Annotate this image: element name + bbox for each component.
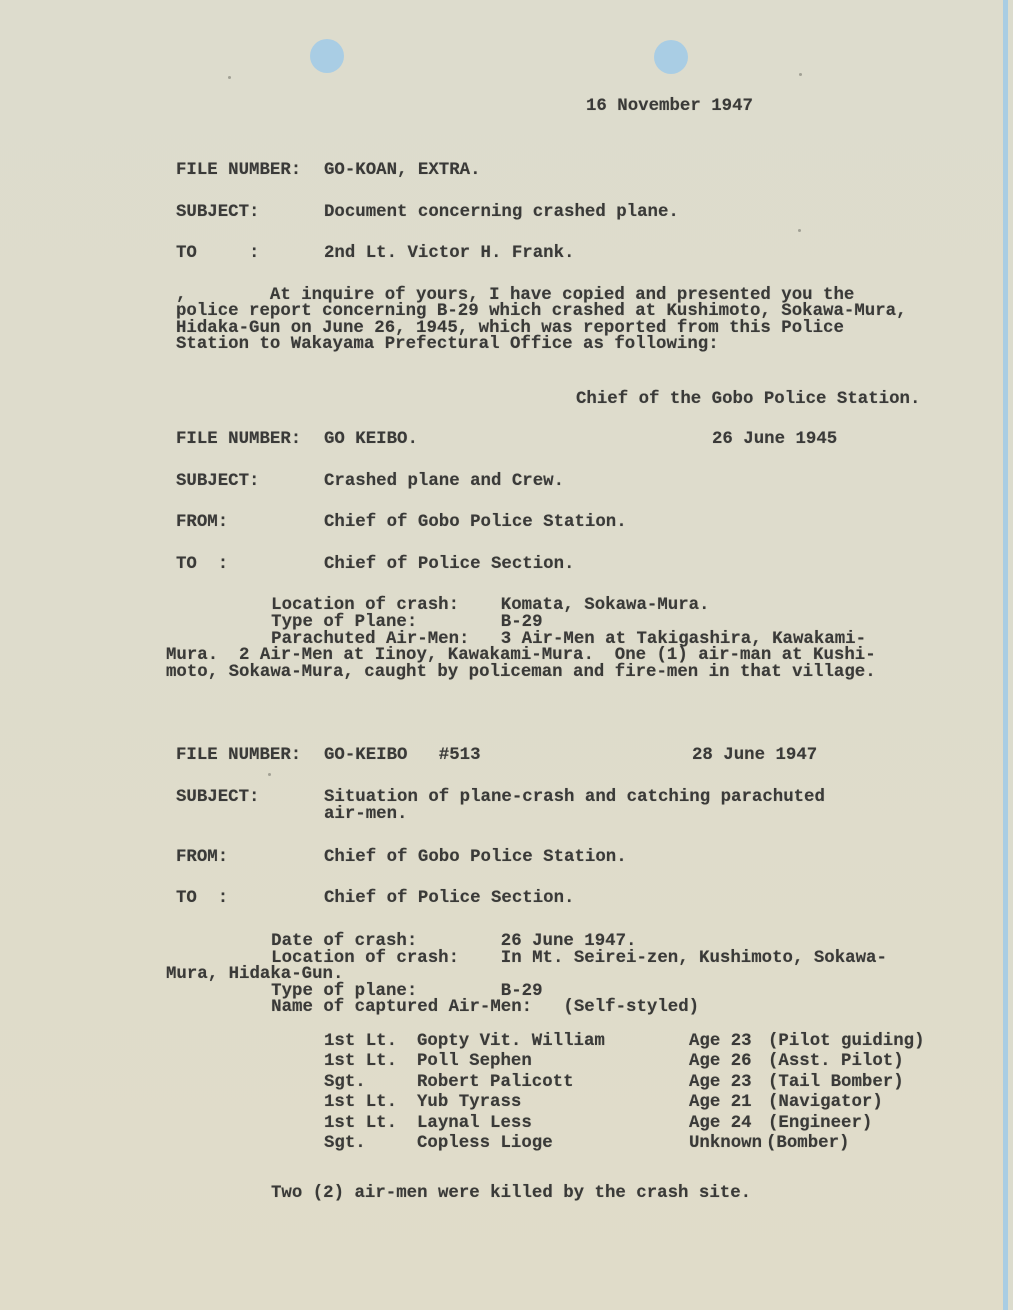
crew-role: (Engineer) <box>768 1116 872 1133</box>
letter-to: 2nd Lt. Victor H. Frank. <box>324 246 574 263</box>
report2-to: Chief of Police Section. <box>324 891 574 908</box>
report1-subject: Crashed plane and Crew. <box>324 474 564 491</box>
crew-role: (Asst. Pilot) <box>768 1054 904 1071</box>
punch-hole-left <box>310 39 344 73</box>
crew-name: Laynal Less <box>417 1116 532 1133</box>
report2-date: 28 June 1947 <box>692 748 817 765</box>
paper-speck <box>228 76 231 79</box>
report1-file-number: GO KEIBO. <box>324 432 418 449</box>
crew-name: Yub Tyrass <box>417 1095 521 1112</box>
report1-file-number-label: FILE NUMBER: <box>176 432 301 449</box>
crew-name: Robert Palicott <box>417 1075 574 1092</box>
crew-role: (Navigator) <box>768 1095 883 1112</box>
letter-date: 16 November 1947 <box>586 99 753 116</box>
letter-body-line: Station to Wakayama Prefectural Office a… <box>176 337 719 354</box>
document-page: 16 November 1947 FILE NUMBER: GO-KOAN, E… <box>0 0 1008 1310</box>
crew-rank: 1st Lt. <box>324 1095 397 1112</box>
report2-closing: Two (2) air-men were killed by the crash… <box>271 1186 751 1203</box>
report2-subject-line: air-men. <box>324 807 408 824</box>
letter-subject: Document concerning crashed plane. <box>324 205 679 222</box>
report2-to-label: TO : <box>176 891 228 908</box>
report1-to: Chief of Police Section. <box>324 557 574 574</box>
crew-rank: 1st Lt. <box>324 1034 397 1051</box>
report2-detail-line: Name of captured Air-Men: (Self-styled) <box>219 1000 699 1017</box>
crew-age: Age 23 <box>689 1034 752 1051</box>
paper-speck <box>268 773 271 776</box>
letter-to-label: TO : <box>176 246 260 263</box>
crew-role: (Bomber) <box>766 1136 850 1153</box>
crew-name: Copless Lioge <box>417 1136 553 1153</box>
crew-age: Age 26 <box>689 1054 752 1071</box>
report1-to-label: TO : <box>176 557 228 574</box>
crew-name: Gopty Vit. William <box>417 1034 605 1051</box>
letter-file-number: GO-KOAN, EXTRA. <box>324 163 481 180</box>
paper-speck <box>798 229 801 232</box>
crew-role: (Pilot guiding) <box>768 1034 925 1051</box>
report1-detail-line: moto, Sokawa-Mura, caught by policeman a… <box>166 665 876 682</box>
letter-subject-label: SUBJECT: <box>176 205 260 222</box>
crew-age: Age 21 <box>689 1095 752 1112</box>
crew-rank: 1st Lt. <box>324 1054 397 1071</box>
report1-from-label: FROM: <box>176 515 228 532</box>
crew-rank: Sgt. <box>324 1136 366 1153</box>
crew-name: Poll Sephen <box>417 1054 532 1071</box>
report2-from-label: FROM: <box>176 850 228 867</box>
crew-rank: 1st Lt. <box>324 1116 397 1133</box>
crew-age: Age 24 <box>689 1116 752 1133</box>
punch-hole-right <box>654 40 688 74</box>
crew-age: Age 23 <box>689 1075 752 1092</box>
paper-speck <box>799 73 802 76</box>
report2-subject-label: SUBJECT: <box>176 790 260 807</box>
crew-rank: Sgt. <box>324 1075 366 1092</box>
letter-file-number-label: FILE NUMBER: <box>176 163 301 180</box>
report1-date: 26 June 1945 <box>712 432 837 449</box>
page-edge <box>1003 0 1008 1310</box>
report2-file-number-label: FILE NUMBER: <box>176 748 301 765</box>
report2-file-number: GO-KEIBO #513 <box>324 748 481 765</box>
report2-from: Chief of Gobo Police Station. <box>324 850 627 867</box>
crew-age: Unknown <box>689 1136 762 1153</box>
report1-subject-label: SUBJECT: <box>176 474 260 491</box>
crew-role: (Tail Bomber) <box>768 1075 904 1092</box>
letter-signature: Chief of the Gobo Police Station. <box>576 392 920 409</box>
report1-from: Chief of Gobo Police Station. <box>324 515 627 532</box>
